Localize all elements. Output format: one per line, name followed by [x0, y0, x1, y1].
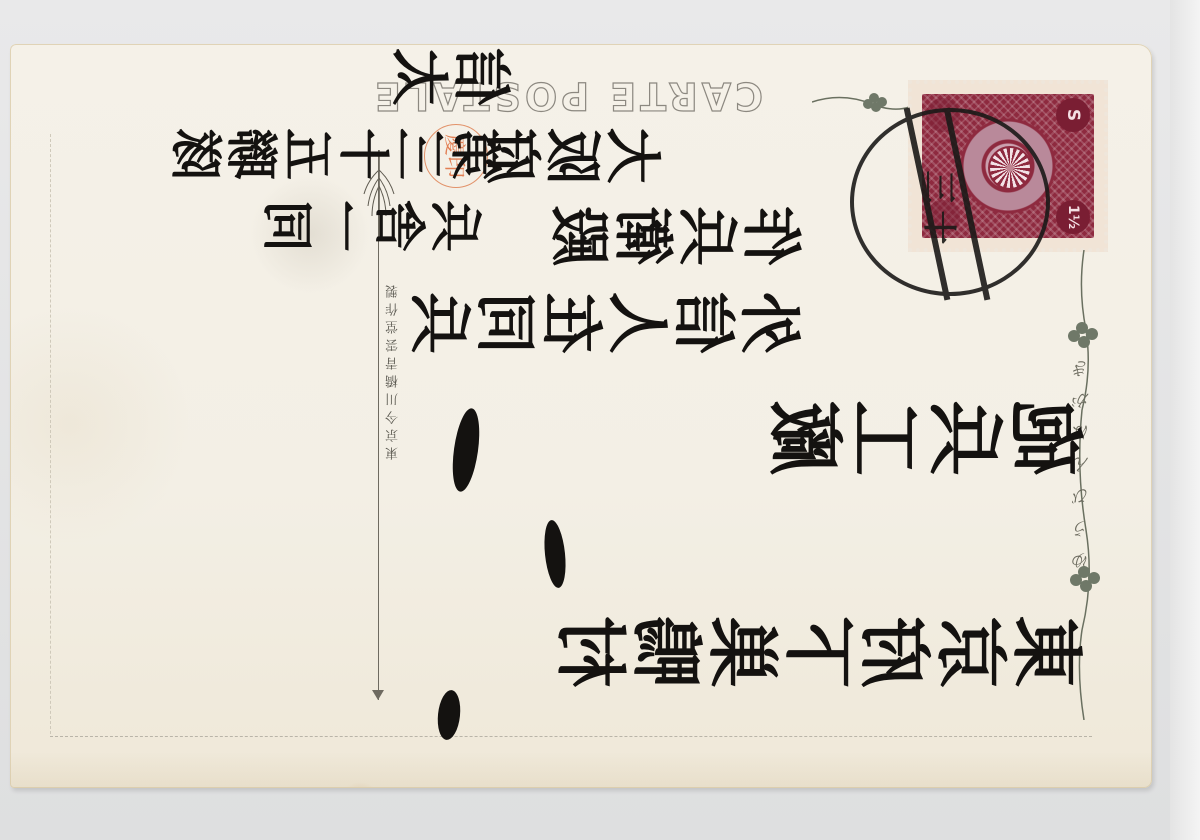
brush-character: 衛: [612, 206, 672, 266]
brush-character: 鴨: [630, 616, 702, 688]
stamp-value-bottom: 1½: [1056, 200, 1090, 234]
brush-character: 工: [846, 400, 922, 476]
brush-character: 兵: [926, 400, 1002, 476]
brush-character: 兵: [408, 292, 470, 354]
brush-character: 東: [1010, 616, 1082, 688]
brush-character: 一: [316, 200, 368, 252]
brush-character: 舎: [372, 200, 424, 252]
sender-line-2: 第三十五聯隊: [168, 128, 500, 180]
brush-character: 在: [540, 292, 602, 354]
sender-line-3: 兵舎一同: [260, 200, 480, 252]
brush-character: 太: [390, 48, 448, 106]
address-line-1: 東京府下巣鴨村: [554, 616, 1082, 688]
brush-character: 府: [858, 616, 930, 688]
brush-character: 信: [452, 48, 510, 106]
address-line-4: 作兵衛殿: [548, 206, 800, 266]
brush-character: 第: [448, 128, 500, 180]
brush-character: 下: [782, 616, 854, 688]
postmark-date: 三十: [918, 171, 967, 251]
brush-character: 同: [260, 200, 312, 252]
publisher-imprint: 東京今川橋青雲堂作製: [384, 240, 402, 460]
brush-character: 村: [554, 616, 626, 688]
brush-character: 京: [934, 616, 1006, 688]
postmark-cancellation: 三十: [850, 108, 1050, 296]
brush-character: 信: [672, 292, 734, 354]
brush-character: 砲: [1006, 400, 1082, 476]
brush-character: 阪: [544, 128, 600, 184]
brush-character: 兵: [428, 200, 480, 252]
brush-character: 隊: [168, 128, 220, 180]
brush-character: 廠: [766, 400, 842, 476]
sender-line-1: 信太: [390, 48, 510, 106]
brush-character: 同: [474, 292, 536, 354]
border-line-bottom: [50, 736, 1092, 737]
brush-character: 兵: [676, 206, 736, 266]
brush-character: 聯: [224, 128, 276, 180]
brush-character: 大: [604, 128, 660, 184]
brush-character: 殿: [548, 206, 608, 266]
brush-character: 作: [740, 206, 800, 266]
divider-arrow-icon: [372, 690, 384, 700]
brush-character: 十: [336, 128, 388, 180]
stamp-value-top: S: [1056, 98, 1090, 132]
border-line-left: [50, 134, 51, 734]
brush-character: 人: [606, 292, 668, 354]
brush-character: 外: [738, 292, 800, 354]
background-edge: [1170, 0, 1200, 840]
address-line-3: 外信人在同兵: [408, 292, 800, 354]
address-line-2: 砲兵工廠: [766, 400, 1082, 476]
brush-character: 三: [392, 128, 444, 180]
brush-character: 巣: [706, 616, 778, 688]
brush-character: 五: [280, 128, 332, 180]
address-line-5: 大阪府: [484, 128, 660, 184]
